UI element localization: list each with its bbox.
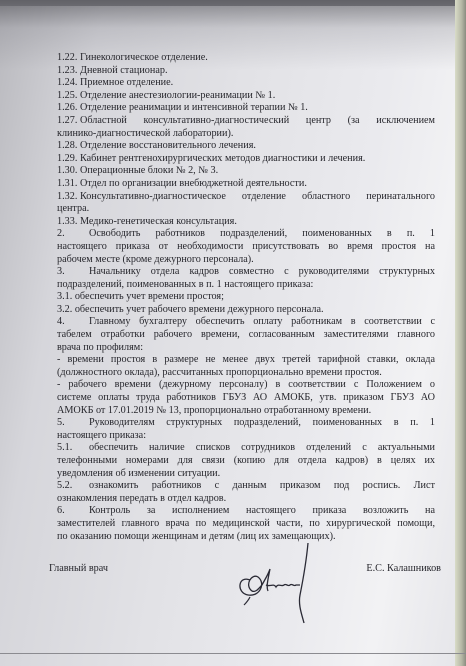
paragraph-text: Освободить работников подразделений, пои…: [89, 228, 435, 239]
subitem-5-2: 5.2.ознакомить работников с данным прика…: [57, 480, 435, 493]
paragraph-text: Контроль за исполнением настоящего прика…: [89, 505, 435, 516]
item-number: 1.33.: [57, 216, 80, 229]
handwritten-signature: [230, 535, 330, 625]
item-text: Операционные блоки № 2, № 3.: [80, 165, 218, 176]
item-number: 1.25.: [57, 90, 80, 103]
document-body: 1.22.Гинекологическое отделение. 1.23.Дн…: [57, 52, 435, 543]
item-text: Дневной стационар.: [80, 65, 168, 76]
item-text: Медико-генетическая консультация.: [80, 216, 237, 227]
list-item: 1.31.Отдел по организации внебюджетной д…: [57, 178, 435, 191]
subitem-3-2: 3.2. обеспечить учет рабочего времени де…: [57, 304, 435, 317]
paragraph-text: Главному бухгалтеру обеспечить оплату ра…: [89, 316, 435, 327]
paragraph-text: Руководителям структурных подразделений,…: [89, 417, 435, 428]
item-text: Консультативно-диагностическое отделение…: [80, 191, 435, 202]
item-text: Гинекологическое отделение.: [80, 52, 208, 63]
paragraph-3: 3.Начальнику отдела кадров совместно с р…: [57, 266, 435, 279]
paragraph-number: 6.: [57, 505, 89, 518]
paragraph-line: табелем отработки рабочего времени, согл…: [57, 329, 435, 342]
paragraph-number: 2.: [57, 228, 89, 241]
paragraph-4: 4.Главному бухгалтеру обеспечить оплату …: [57, 316, 435, 329]
item-number: 1.31.: [57, 178, 80, 191]
item-text: Отдел по организации внебюджетной деятел…: [80, 178, 307, 189]
list-item: 1.26.Отделение реанимации и интенсивной …: [57, 102, 435, 115]
paragraph-line: настоящего приказа:: [57, 430, 435, 443]
item-text: Отделение реанимации и интенсивной терап…: [80, 102, 308, 113]
dash-item: - времени простоя в размере не менее дву…: [57, 354, 435, 367]
list-item: 1.32.Консультативно-диагностическое отде…: [57, 191, 435, 204]
paragraph-line: заместителей главного врача по медицинск…: [57, 518, 435, 531]
list-item: 1.22.Гинекологическое отделение.: [57, 52, 435, 65]
paragraph-5: 5.Руководителям структурных подразделени…: [57, 417, 435, 430]
paragraph-6: 6.Контроль за исполнением настоящего при…: [57, 505, 435, 518]
paragraph-number: 4.: [57, 316, 89, 329]
item-number: 1.32.: [57, 191, 80, 204]
subitem-line: ознакомления передать в отдел кадров.: [57, 493, 435, 506]
dash-item-line: АМОКБ от 17.01.2019 № 13, пропорциональн…: [57, 405, 435, 418]
paragraph-line: подразделений, поименованных в п. 1 наст…: [57, 279, 435, 292]
subitem-number: 5.2.: [57, 480, 89, 493]
paragraph-line: врача по профилям:: [57, 342, 435, 355]
item-number: 1.24.: [57, 77, 80, 90]
subitem-line: телефонными номерами для связи (копию дл…: [57, 455, 435, 468]
item-text: Областной консультативно-диагностический…: [80, 115, 435, 126]
list-item: 1.23.Дневной стационар.: [57, 65, 435, 78]
item-number: 1.29.: [57, 153, 80, 166]
page-edge: [455, 0, 466, 666]
subitem-number: 5.1.: [57, 442, 89, 455]
paragraph-number: 3.: [57, 266, 89, 279]
subitem-text: ознакомить работников с данным приказом …: [89, 480, 435, 491]
list-item: 1.30.Операционные блоки № 2, № 3.: [57, 165, 435, 178]
paragraph-number: 5.: [57, 417, 89, 430]
item-number: 1.26.: [57, 102, 80, 115]
item-text: Отделение анестезиологии-реанимации № 1.: [80, 90, 275, 101]
item-number: 1.23.: [57, 65, 80, 78]
subitem-3-1: 3.1. обеспечить учет времени простоя;: [57, 291, 435, 304]
list-item: 1.33.Медико-генетическая консультация.: [57, 216, 435, 229]
list-item-continued: центра.: [57, 203, 435, 216]
dash-item-line: системе оплаты труда работников ГБУЗ АО …: [57, 392, 435, 405]
item-text: Кабинет рентгенохирургических методов ди…: [80, 153, 365, 164]
list-item: 1.24.Приемное отделение.: [57, 77, 435, 90]
list-item: 1.25.Отделение анестезиологии-реанимации…: [57, 90, 435, 103]
subitem-line: уведомления об изменении ситуации.: [57, 468, 435, 481]
item-number: 1.30.: [57, 165, 80, 178]
dash-item-line: (должностного оклада), рассчитанных проп…: [57, 367, 435, 380]
paragraph-line: настоящего приказа от необходимости прис…: [57, 241, 435, 254]
subitem-text: обеспечить наличие списков сотрудников о…: [89, 442, 435, 453]
item-text: Приемное отделение.: [80, 77, 173, 88]
list-item: 1.28.Отделение восстановительного лечени…: [57, 140, 435, 153]
signatory-position: Главный врач: [49, 563, 108, 574]
item-text: Отделение восстановительного лечения.: [80, 140, 256, 151]
dash-item: - рабочего времени (дежурному персоналу)…: [57, 379, 435, 392]
subitem-5-1: 5.1.обеспечить наличие списков сотрудник…: [57, 442, 435, 455]
signatory-name: Е.С. Калашников: [366, 563, 441, 574]
list-item: 1.29.Кабинет рентгенохирургических метод…: [57, 153, 435, 166]
item-number: 1.27.: [57, 115, 80, 128]
list-item: 1.27.Областной консультативно-диагностич…: [57, 115, 435, 128]
list-item-continued: клинико-диагностической лаборатории).: [57, 128, 435, 141]
paragraph-text: Начальнику отдела кадров совместно с рук…: [89, 266, 435, 277]
page-fold-line: [0, 653, 466, 654]
item-number: 1.28.: [57, 140, 80, 153]
paragraph-2: 2.Освободить работников подразделений, п…: [57, 228, 435, 241]
item-number: 1.22.: [57, 52, 80, 65]
paragraph-line: рабочем месте (кроме дежурного персонала…: [57, 254, 435, 267]
